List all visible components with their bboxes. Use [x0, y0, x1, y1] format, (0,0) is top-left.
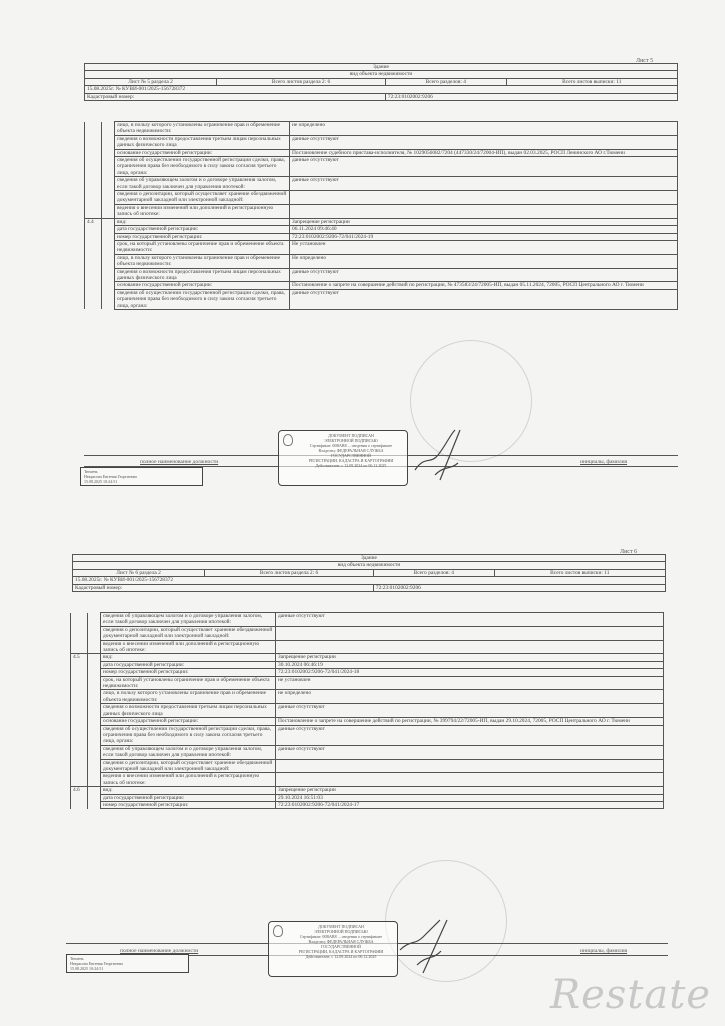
- row-label: сведения об осуществлении государственно…: [101, 725, 276, 745]
- encumbrance-table: сведения об управляющем залогом и о дого…: [70, 612, 664, 809]
- section-number: [71, 759, 88, 773]
- row-value: 29.10.2024 16:51:03: [276, 794, 664, 801]
- row-label: дата государственной регистрации:: [101, 661, 276, 668]
- table-row: сведения о возможности предоставления тр…: [71, 704, 664, 718]
- section-number: [71, 613, 88, 627]
- section-number: [71, 704, 88, 718]
- row-value: данные отсутствуют: [276, 725, 664, 745]
- row-value: данные отсутствуют: [276, 704, 664, 718]
- executor-line: 15.08.2025 10:24:51: [70, 966, 185, 971]
- object-type: Здание: [73, 555, 666, 562]
- row-label: сведения об управляющем залогом и о дого…: [101, 745, 276, 759]
- table-row: сведения о депозитарии, который осуществ…: [71, 759, 664, 773]
- row-label: ведения о внесении изменений или дополне…: [101, 773, 276, 787]
- table-row: 4.5вид:Запрещение регистрации: [71, 654, 664, 661]
- row-value: Запрещение регистрации: [276, 654, 664, 661]
- row-value: [276, 759, 664, 773]
- row-label: дата государственной регистрации:: [101, 794, 276, 801]
- row-label: номер государственной регистрации:: [101, 801, 276, 808]
- row-label: номер государственной регистрации:: [101, 669, 276, 676]
- section-number: [71, 718, 88, 725]
- stamp-line: Владелец: ФЕДЕРАЛЬНАЯ СЛУЖБА ГОСУДАРСТВЕ…: [289, 939, 393, 949]
- table-row: основание государственной регистрации:По…: [71, 718, 664, 725]
- section-number: [71, 669, 88, 676]
- section-number: 4.5: [71, 654, 88, 661]
- sheet-info-3: Всего листов выписки: 11: [494, 569, 665, 576]
- section-number: [71, 690, 88, 704]
- row-label: ведения о внесении изменений или дополне…: [101, 640, 276, 654]
- row-value: 72:23:0102002:9206-72/041/2024-17: [276, 801, 664, 808]
- row-value: [276, 626, 664, 640]
- table-row: номер государственной регистрации:72:23:…: [71, 801, 664, 808]
- row-value: не установлен: [276, 676, 664, 690]
- row-value: Постановление о запрете на совершение де…: [276, 718, 664, 725]
- row-label: сведения об управляющем залогом и о дого…: [101, 613, 276, 627]
- section-number: [71, 676, 88, 690]
- row-label: сведения о возможности предоставления тр…: [101, 704, 276, 718]
- table-row: ведения о внесении изменений или дополне…: [71, 773, 664, 787]
- table-row: ведения о внесении изменений или дополне…: [71, 640, 664, 654]
- page-header-table: Здание вид объекта недвижимости Лист № 6…: [72, 554, 666, 592]
- row-label: вид:: [101, 654, 276, 661]
- table-row: лицо, в пользу которого установлены огра…: [71, 690, 664, 704]
- row-value: [276, 773, 664, 787]
- document-page-2: Лист 6 Здание вид объекта недвижимости Л…: [0, 0, 725, 1026]
- row-label: лицо, в пользу которого установлены огра…: [101, 690, 276, 704]
- row-value: 72:23:0102002:9206-72/041/2024-18: [276, 669, 664, 676]
- cadastral-number: 72:23:0102002:9206: [373, 584, 665, 591]
- electronic-signature-stamp: ДОКУМЕНТ ПОДПИСАНЭЛЕКТРОННОЙ ПОДПИСЬЮСер…: [268, 921, 398, 977]
- table-row: сведения об управляющем залогом и о дого…: [71, 745, 664, 759]
- object-type-caption: вид объекта недвижимости: [73, 562, 666, 569]
- section-number: [71, 725, 88, 745]
- row-value: Запрещение регистрации: [276, 787, 664, 794]
- row-label: сведения о депозитарии, который осуществ…: [101, 626, 276, 640]
- row-value: данные отсутствуют: [276, 613, 664, 627]
- executor-box: ТюменьНекрасова Евгения Георгиевна15.08.…: [66, 954, 189, 973]
- section-number: [71, 801, 88, 808]
- table-row: 4.6вид:Запрещение регистрации: [71, 787, 664, 794]
- table-row: сведения об управляющем залогом и о дого…: [71, 613, 664, 627]
- section-number: [71, 773, 88, 787]
- row-label: вид:: [101, 787, 276, 794]
- section-number: [71, 661, 88, 668]
- sheet-info-0: Лист № 6 раздела 2: [73, 569, 205, 576]
- row-label: сведения о депозитарии, который осуществ…: [101, 759, 276, 773]
- sheet-info-1: Всего листов раздела 2: 6: [205, 569, 374, 576]
- name-label: инициалы, фамилия: [580, 948, 627, 954]
- emblem-icon: [273, 925, 283, 937]
- row-value: [276, 640, 664, 654]
- section-number: [71, 640, 88, 654]
- table-row: сведения об осуществлении государственно…: [71, 725, 664, 745]
- section-number: [71, 794, 88, 801]
- row-value: данные отсутствуют: [276, 745, 664, 759]
- row-value: 30.10.2024 06:46:19: [276, 661, 664, 668]
- row-label: срок, на который установлены ограничение…: [101, 676, 276, 690]
- table-row: срок, на который установлены ограничение…: [71, 676, 664, 690]
- section-number: 4.6: [71, 787, 88, 794]
- stamp-line: Действителен: с 12.09.2024 по 06.12.2025: [289, 954, 393, 959]
- restate-logo: Restate: [550, 972, 711, 1018]
- cadastral-label: Кадастровый номер:: [73, 584, 374, 591]
- row-value: не определено: [276, 690, 664, 704]
- handwritten-signature: [395, 915, 455, 975]
- row-label: основание государственной регистрации:: [101, 718, 276, 725]
- section-number: [71, 745, 88, 759]
- table-row: номер государственной регистрации:72:23:…: [71, 669, 664, 676]
- extract-number: 15.08.2025г. № КУВИ-001/2025-156728372: [73, 577, 666, 584]
- table-row: дата государственной регистрации:29.10.2…: [71, 794, 664, 801]
- section-number: [71, 626, 88, 640]
- table-row: сведения о депозитарии, который осуществ…: [71, 626, 664, 640]
- sheet-info-2: Всего разделов: 4: [373, 569, 494, 576]
- table-row: дата государственной регистрации:30.10.2…: [71, 661, 664, 668]
